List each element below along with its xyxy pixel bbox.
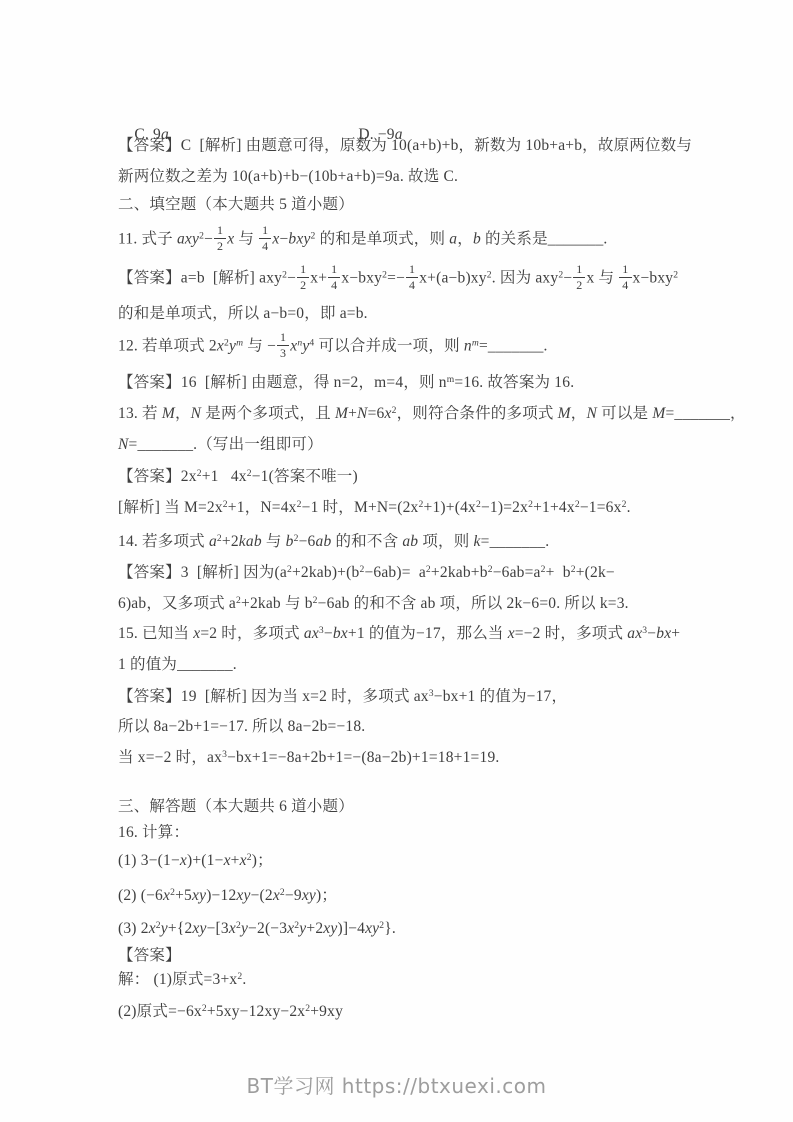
answer-15-line-2: 所以 8a−2b+1=−17. 所以 8a−2b=−18.	[118, 715, 365, 739]
section-2-heading: 二、填空题（本大题共 5 道小题）	[118, 193, 354, 217]
question-15-line-2: 1 的值为_______.	[118, 653, 237, 677]
answer-14-line-2: 6)ab，又多项式 a2+2kab 与 b2−6ab 的和不含 ab 项，所以 …	[118, 592, 629, 616]
answer-13-line-2: [解析] 当 M=2x2+1，N=4x2−1 时，M+N=(2x2+1)+(4x…	[118, 496, 631, 520]
answer-16-line-1: 解： (1)原式=3+x2.	[118, 968, 246, 992]
answer-12: 【答案】16 [解析] 由题意，得 n=2，m=4，则 nm=16. 故答案为 …	[118, 371, 574, 395]
answer-10-line-2: 新两位数之差为 10(a+b)+b−(10b+a+b)=9a. 故选 C.	[118, 165, 458, 189]
section-3-heading: 三、解答题（本大题共 6 道小题）	[118, 795, 354, 819]
question-11: 11. 式子 axy2−12x 与 14x−bxy2 的和是单项式，则 a，b …	[118, 224, 608, 248]
answer-15-line-3: 当 x=−2 时，ax3−bx+1=−8a+2b+1=−(8a−2b)+1=18…	[118, 746, 499, 770]
document-page: C. 9aD. −9a 【答案】C [解析] 由题意可得，原数为 10(a+b)…	[0, 0, 793, 1122]
answer-16-heading: 【答案】	[118, 944, 181, 968]
question-14: 14. 若多项式 a2+2kab 与 b2−6ab 的和不含 ab 项，则 k=…	[118, 530, 549, 554]
answer-13-line-1: 【答案】2x2+1 4x2−1(答案不唯一)	[118, 465, 358, 489]
answer-10-line-1: 【答案】C [解析] 由题意可得，原数为 10(a+b)+b，新数为 10b+a…	[118, 134, 692, 158]
answer-11-line-1: 【答案】a=b [解析] axy2−12x+14x−bxy2=−14x+(a−b…	[118, 263, 678, 287]
footer-site-link: BT学习网 https://btxuexi.com	[247, 1074, 547, 1098]
page-footer: BT学习网 https://btxuexi.com	[0, 1070, 793, 1099]
answer-14-line-1: 【答案】3 [解析] 因为(a2+2kab)+(b2−6ab)= a2+2kab…	[118, 561, 615, 585]
answer-16-line-2: (2)原式=−6x2+5xy−12xy−2x2+9xy	[118, 1000, 343, 1024]
question-16-part-3: (3) 2x2y+{2xy−[3x2y−2(−3x2y+2xy)]−4xy2}.	[118, 917, 396, 941]
answer-15-line-1: 【答案】19 [解析] 因为当 x=2 时，多项式 ax3−bx+1 的值为−1…	[118, 685, 567, 709]
question-13-line-2: N=_______.（写出一组即可）	[118, 433, 323, 457]
question-16-heading: 16. 计算：	[118, 821, 189, 845]
choice-row: C. 9aD. −9a	[118, 99, 403, 123]
question-15-line-1: 15. 已知当 x=2 时，多项式 ax3−bx+1 的值为−17，那么当 x=…	[118, 622, 680, 646]
question-16-part-1: (1) 3−(1−x)+(1−x+x2)；	[118, 849, 273, 873]
question-16-part-2: (2) (−6x2+5xy)−12xy−(2x2−9xy)；	[118, 884, 337, 908]
answer-11-line-2: 的和是单项式，所以 a−b=0，即 a=b.	[118, 302, 368, 326]
question-12: 12. 若单项式 2x2ym 与 −13xny4 可以合并成一项，则 nm=__…	[118, 331, 548, 355]
question-13-line-1: 13. 若 M，N 是两个多项式，且 M+N=6x2，则符合条件的多项式 M，N…	[118, 402, 746, 426]
